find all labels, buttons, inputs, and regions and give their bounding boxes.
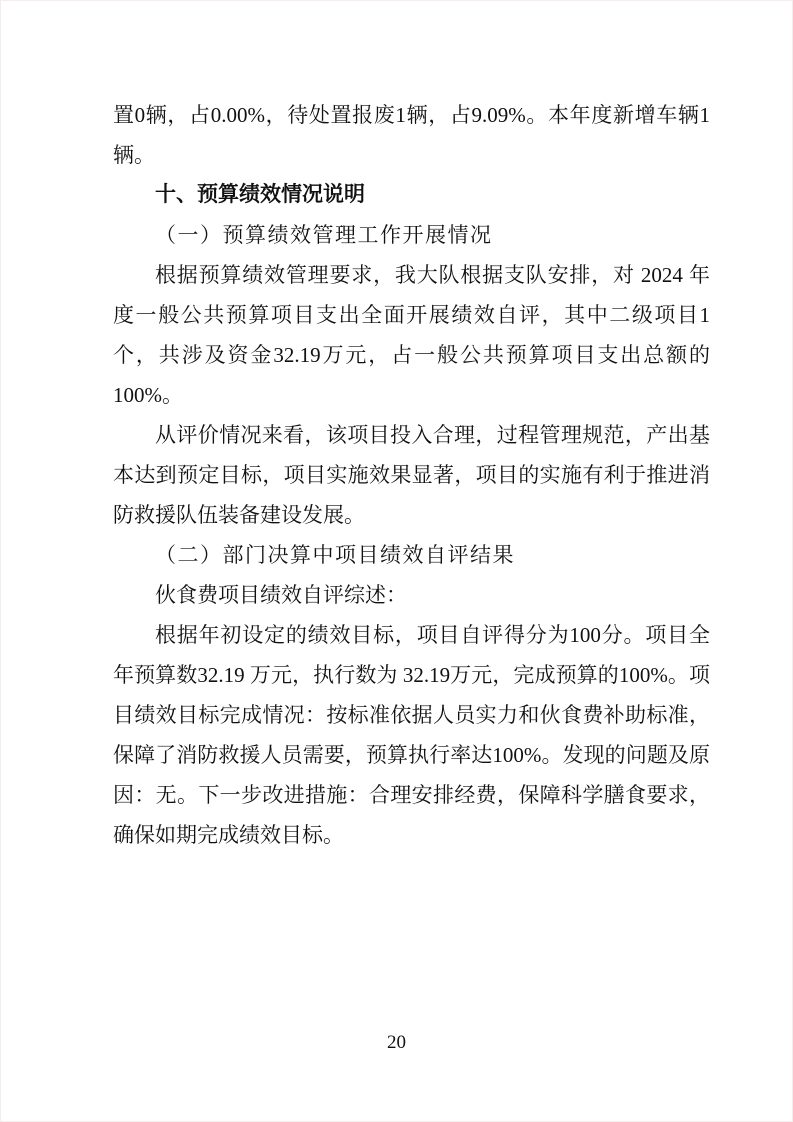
paragraph-vehicle-disposal-continuation: 置0辆，占0.00%，待处置报废1辆，占9.09%。本年度新增车辆1辆。 — [113, 95, 710, 175]
subsection-heading-self-evaluation-results: （二）部门决算中项目绩效自评结果 — [113, 535, 710, 575]
subsection-heading-performance-management: （一）预算绩效管理工作开展情况 — [113, 215, 710, 255]
section-heading-budget-performance: 十、预算绩效情况说明 — [113, 175, 710, 215]
document-page: 置0辆，占0.00%，待处置报废1辆，占9.09%。本年度新增车辆1辆。 十、预… — [0, 0, 793, 1122]
page-number: 20 — [0, 1030, 793, 1056]
paragraph-meal-project-details: 根据年初设定的绩效目标，项目自评得分为100分。项目全年预算数32.19 万元，… — [113, 615, 710, 855]
paragraph-evaluation-findings: 从评价情况来看，该项目投入合理，过程管理规范，产出基本达到预定目标，项目实施效果… — [113, 415, 710, 535]
paragraph-self-evaluation-scope: 根据预算绩效管理要求，我大队根据支队安排，对 2024 年度一般公共预算项目支出… — [113, 255, 710, 415]
paragraph-meal-project-summary-lead: 伙食费项目绩效自评综述： — [113, 575, 710, 615]
document-body: 置0辆，占0.00%，待处置报废1辆，占9.09%。本年度新增车辆1辆。 十、预… — [113, 95, 710, 855]
